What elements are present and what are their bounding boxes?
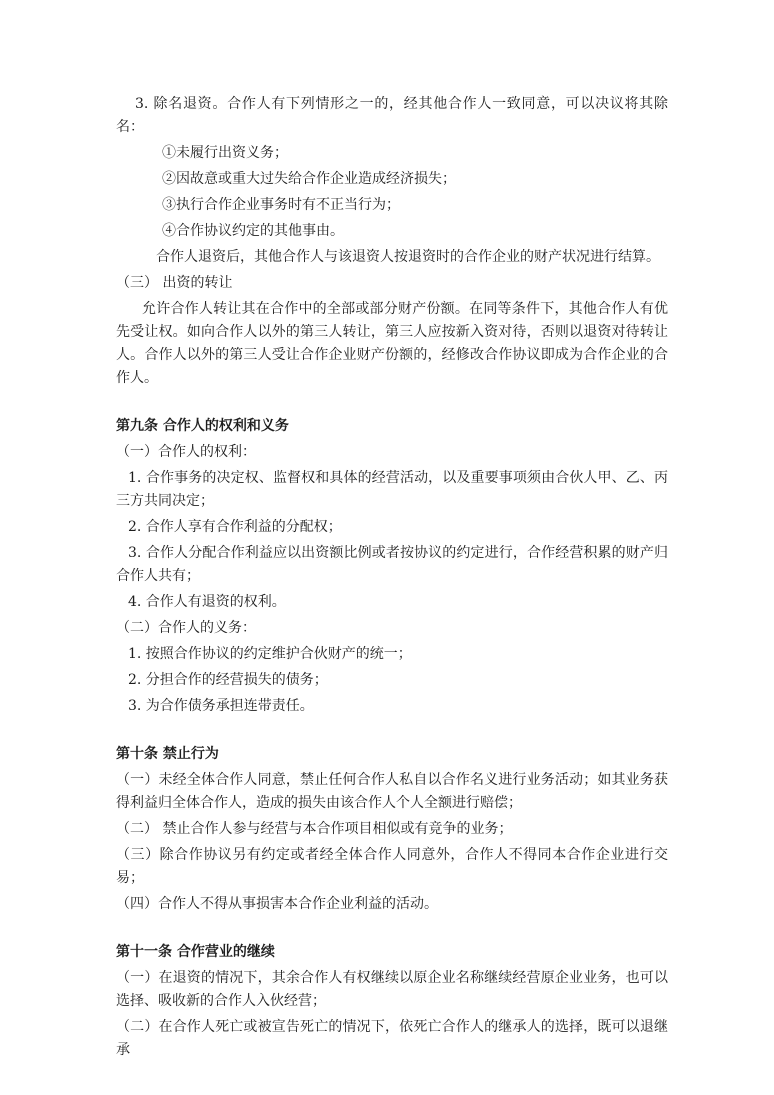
article-heading: 第十条 禁止行为 (116, 743, 668, 766)
subsection-title: （三） 出资的转让 (116, 272, 668, 295)
subsection-item: （一）在退资的情况下，其余合作人有权继续以原企业名称继续经营原企业业务，也可以选… (116, 967, 668, 1013)
document-page: 3. 除名退资。合作人有下列情形之一的，经其他合作人一致同意，可以决议将其除名：… (0, 0, 774, 1095)
subsection-item: （三）除合作协议另有约定或者经全体合作人同意外，合作人不得同本合作企业进行交易； (116, 844, 668, 890)
subsection-item: （二）在合作人死亡或被宣告死亡的情况下，依死亡合作人的继承人的选择，既可以退继承 (116, 1016, 668, 1062)
article-heading: 第十一条 合作营业的继续 (116, 941, 668, 964)
paragraph: 合作人退资后，其他合作人与该退资人按退资时的合作企业的财产状况进行结算。 (116, 246, 668, 269)
sub-clause-item: ③执行合作企业事务时有不正当行为； (116, 194, 668, 217)
clause-item: 2. 分担合作的经营损失的债务； (116, 669, 668, 692)
clause-item: 1. 按照合作协议的约定维护合伙财产的统一； (116, 643, 668, 666)
clause-item: 4. 合作人有退资的权利。 (116, 591, 668, 614)
subsection-title: （二）合作人的义务： (116, 617, 668, 640)
clause-item: 2. 合作人享有合作利益的分配权； (116, 516, 668, 539)
clause-item: 3. 为合作债务承担连带责任。 (116, 695, 668, 718)
paragraph: 允许合作人转让其在合作中的全部或部分财产份额。在同等条件下，其他合作人有优先受让… (116, 298, 668, 390)
clause-item: 3. 除名退资。合作人有下列情形之一的，经其他合作人一致同意，可以决议将其除名： (116, 93, 668, 139)
document-body: 3. 除名退资。合作人有下列情形之一的，经其他合作人一致同意，可以决议将其除名：… (116, 93, 668, 1062)
subsection-item: （二） 禁止合作人参与经营与本合作项目相似或有竞争的业务； (116, 818, 668, 841)
subsection-item: （四）合作人不得从事损害本合作企业利益的活动。 (116, 893, 668, 916)
clause-item: 1. 合作事务的决定权、监督权和具体的经营活动，以及重要事项须由合伙人甲、乙、丙… (116, 467, 668, 513)
sub-clause-item: ①未履行出资义务； (116, 142, 668, 165)
clause-item: 3. 合作人分配合作利益应以出资额比例或者按协议的约定进行，合作经营积累的财产归… (116, 542, 668, 588)
subsection-item: （一）未经全体合作人同意，禁止任何合作人私自以合作名义进行业务活动；如其业务获得… (116, 769, 668, 815)
sub-clause-item: ②因故意或重大过失给合作企业造成经济损失； (116, 168, 668, 191)
sub-clause-item: ④合作协议约定的其他事由。 (116, 220, 668, 243)
subsection-title: （一）合作人的权利： (116, 441, 668, 464)
article-heading: 第九条 合作人的权利和义务 (116, 415, 668, 438)
